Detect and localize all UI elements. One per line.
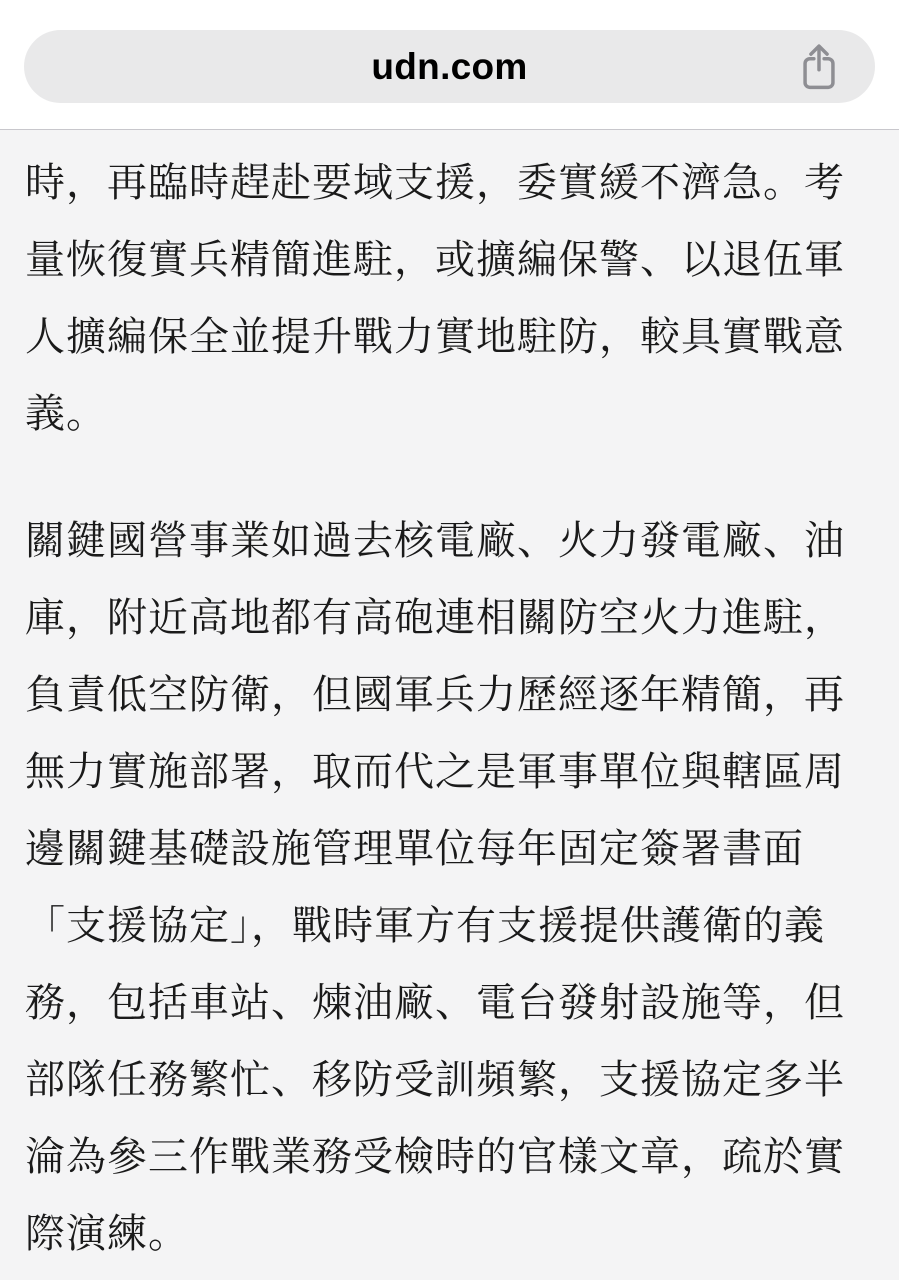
text-line: 人擴編保全並提升戰力實地駐防，較具實戰意 bbox=[25, 299, 874, 376]
url-text: udn.com bbox=[371, 46, 527, 88]
text-line: 際演練。 bbox=[25, 1196, 874, 1273]
text-line: 關鍵國營事業如過去核電廠、火力發電廠、油 bbox=[25, 503, 874, 580]
text-line: 負責低空防衛，但國軍兵力歷經逐年精簡，再 bbox=[25, 657, 874, 734]
url-bar[interactable]: udn.com bbox=[24, 30, 875, 103]
text-line: 邊關鍵基礎設施管理單位每年固定簽署書面 bbox=[25, 811, 874, 888]
text-line: 部隊任務繁忙、移防受訓頻繁，支援協定多半 bbox=[25, 1042, 874, 1119]
text-line: 庫，附近高地都有高砲連相關防空火力進駐， bbox=[25, 580, 874, 657]
share-icon bbox=[797, 41, 841, 93]
safari-window: udn.com 時，再臨時趕赴要域支援，委實緩不濟急。考量恢復實兵精簡進駐，或擴… bbox=[0, 0, 899, 1280]
text-line: 時，再臨時趕赴要域支援，委實緩不濟急。考 bbox=[25, 145, 874, 222]
text-line: 淪為參三作戰業務受檢時的官樣文章，疏於實 bbox=[25, 1119, 874, 1196]
share-button[interactable] bbox=[787, 35, 851, 99]
paragraph: 時，再臨時趕赴要域支援，委實緩不濟急。考量恢復實兵精簡進駐，或擴編保警、以退伍軍… bbox=[25, 145, 874, 453]
article-body: 時，再臨時趕赴要域支援，委實緩不濟急。考量恢復實兵精簡進駐，或擴編保警、以退伍軍… bbox=[25, 145, 874, 1273]
text-line: 量恢復實兵精簡進駐，或擴編保警、以退伍軍 bbox=[25, 222, 874, 299]
text-line: 務，包括車站、煉油廠、電台發射設施等，但 bbox=[25, 965, 874, 1042]
text-line: 無力實施部署，取而代之是軍事單位與轄區周 bbox=[25, 734, 874, 811]
article-content: 時，再臨時趕赴要域支援，委實緩不濟急。考量恢復實兵精簡進駐，或擴編保警、以退伍軍… bbox=[0, 130, 899, 1280]
text-line: 「支援協定」，戰時軍方有支援提供護衛的義 bbox=[25, 888, 874, 965]
paragraph: 關鍵國營事業如過去核電廠、火力發電廠、油庫，附近高地都有高砲連相關防空火力進駐，… bbox=[25, 503, 874, 1273]
browser-header: udn.com bbox=[0, 0, 899, 130]
text-line: 義。 bbox=[25, 376, 874, 453]
